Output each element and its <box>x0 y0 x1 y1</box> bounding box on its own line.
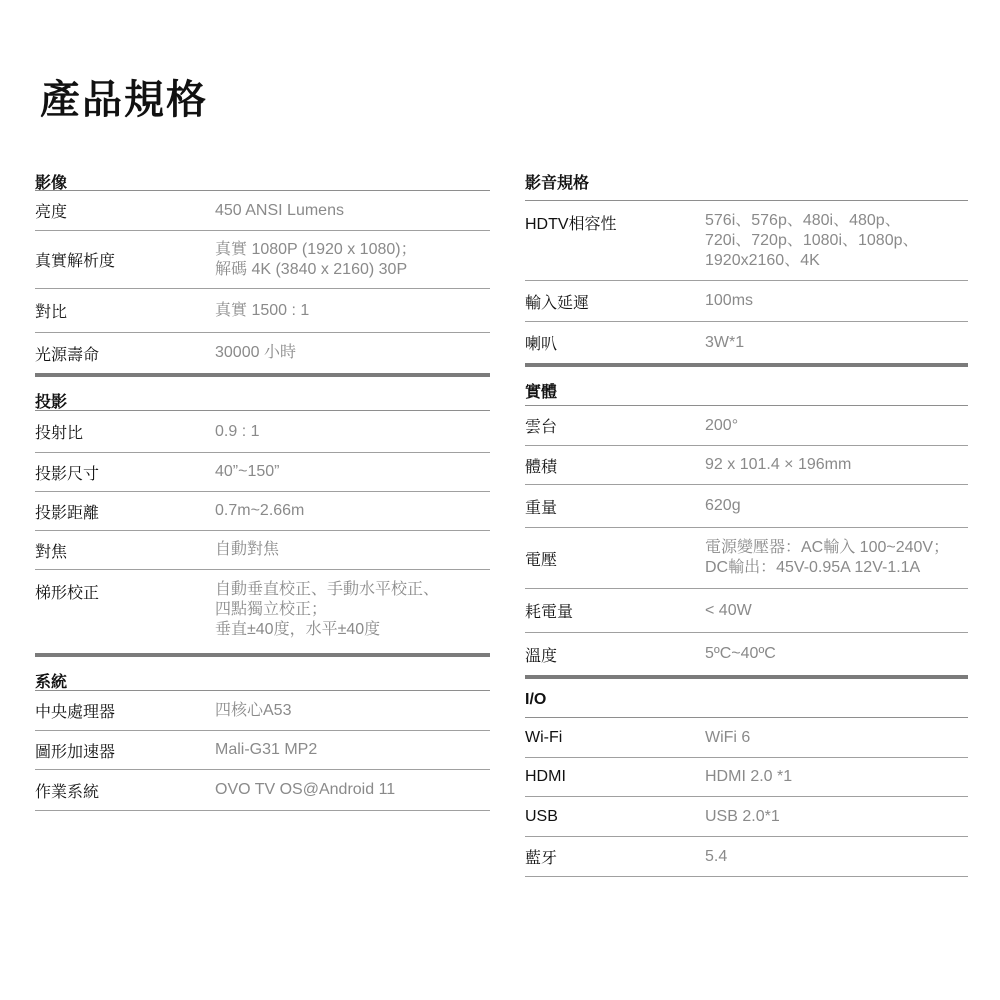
section-av: 影音規格 HDTV相容性 576i、576p、480i、480p、 720i、7… <box>525 160 968 363</box>
spec-row-keystone: 梯形校正 自動垂直校正、手動水平校正、 四點獨立校正； 垂直±40度，水平±40… <box>35 570 490 653</box>
spec-column-right: 影音規格 HDTV相容性 576i、576p、480i、480p、 720i、7… <box>525 160 968 877</box>
spec-row-usb: USB USB 2.0*1 <box>525 797 968 837</box>
spec-label: 雲台 <box>525 414 705 437</box>
spec-label: 投影尺寸 <box>35 461 215 484</box>
spec-value: 92 x 101.4 × 196mm <box>705 455 851 475</box>
spec-value: 電源變壓器：AC輸入 100~240V； DC輸出：45V-0.95A 12V-… <box>705 538 949 578</box>
section-system: 系統 中央處理器 四核心A53 圖形加速器 Mali-G31 MP2 作業系統 … <box>35 653 490 811</box>
spec-value: 200° <box>705 416 738 436</box>
spec-label: Wi-Fi <box>525 729 705 747</box>
spec-label: USB <box>525 808 705 826</box>
spec-value: USB 2.0*1 <box>705 807 780 827</box>
spec-value: Mali-G31 MP2 <box>215 740 317 760</box>
spec-value: 450 ANSI Lumens <box>215 201 344 221</box>
spec-label: 溫度 <box>525 643 705 666</box>
spec-row-weight: 重量 620g <box>525 485 968 528</box>
spec-row-input-lag: 輸入延遲 100ms <box>525 281 968 322</box>
spec-row-voltage: 電壓 電源變壓器：AC輸入 100~240V； DC輸出：45V-0.95A 1… <box>525 528 968 589</box>
spec-label: 電壓 <box>525 547 705 570</box>
spec-row-gpu: 圖形加速器 Mali-G31 MP2 <box>35 731 490 770</box>
spec-row-wifi: Wi-Fi WiFi 6 <box>525 718 968 758</box>
spec-row-throw-distance: 投影距離 0.7m~2.66m <box>35 492 490 531</box>
spec-label: 圖形加速器 <box>35 739 215 762</box>
spec-label: 體積 <box>525 454 705 477</box>
spec-value: 3W*1 <box>705 333 744 353</box>
spec-value: 30000 小時 <box>215 343 296 363</box>
spec-value: 自動對焦 <box>215 540 279 560</box>
spec-label: 梯形校正 <box>35 580 215 603</box>
spec-row-cpu: 中央處理器 四核心A53 <box>35 691 490 731</box>
spec-label: HDMI <box>525 768 705 786</box>
spec-label: 亮度 <box>35 199 215 222</box>
section-heading: 影像 <box>35 160 490 191</box>
section-heading: 影音規格 <box>525 160 968 201</box>
spec-value: 0.9 : 1 <box>215 422 259 442</box>
spec-row-bluetooth: 藍牙 5.4 <box>525 837 968 877</box>
section-physical: 實體 雲台 200° 體積 92 x 101.4 × 196mm 重量 620g… <box>525 363 968 675</box>
spec-label: 光源壽命 <box>35 342 215 365</box>
spec-label: 中央處理器 <box>35 699 215 722</box>
section-heading: 實體 <box>525 367 968 406</box>
spec-row-throw-ratio: 投射比 0.9 : 1 <box>35 411 490 453</box>
spec-row-speaker: 喇叭 3W*1 <box>525 322 968 363</box>
spec-label: 輸入延遲 <box>525 290 705 313</box>
spec-row-hdmi: HDMI HDMI 2.0 *1 <box>525 758 968 797</box>
spec-label: 藍牙 <box>525 845 705 868</box>
spec-value: 0.7m~2.66m <box>215 501 304 521</box>
spec-value: 真實 1500 : 1 <box>215 301 309 321</box>
spec-row-power: 耗電量 < 40W <box>525 589 968 633</box>
spec-column-left: 影像 亮度 450 ANSI Lumens 真實解析度 真實 1080P (19… <box>35 160 490 811</box>
spec-value: 5ºC~40ºC <box>705 644 776 664</box>
spec-label: 耗電量 <box>525 599 705 622</box>
spec-row-resolution: 真實解析度 真實 1080P (1920 x 1080)； 解碼 4K (384… <box>35 231 490 289</box>
spec-row-screen-size: 投影尺寸 40”~150” <box>35 453 490 492</box>
spec-label: 真實解析度 <box>35 248 215 271</box>
spec-value: 620g <box>705 496 741 516</box>
spec-label: 作業系統 <box>35 779 215 802</box>
section-projection: 投影 投射比 0.9 : 1 投影尺寸 40”~150” 投影距離 0.7m~2… <box>35 373 490 653</box>
spec-value: 100ms <box>705 291 753 311</box>
spec-row-contrast: 對比 真實 1500 : 1 <box>35 289 490 333</box>
spec-value: WiFi 6 <box>705 728 750 748</box>
spec-row-temperature: 溫度 5ºC~40ºC <box>525 633 968 675</box>
spec-row-lamp-life: 光源壽命 30000 小時 <box>35 333 490 373</box>
spec-row-brightness: 亮度 450 ANSI Lumens <box>35 191 490 231</box>
spec-label: 對比 <box>35 299 215 322</box>
spec-value: 四核心A53 <box>215 701 291 721</box>
page-title: 產品規格 <box>40 68 208 125</box>
spec-row-focus: 對焦 自動對焦 <box>35 531 490 570</box>
spec-label: 喇叭 <box>525 331 705 354</box>
section-io: I/O Wi-Fi WiFi 6 HDMI HDMI 2.0 *1 USB US… <box>525 675 968 877</box>
spec-label: 投射比 <box>35 420 215 443</box>
spec-label: 投影距離 <box>35 500 215 523</box>
spec-value: 40”~150” <box>215 462 280 482</box>
spec-label: 重量 <box>525 495 705 518</box>
section-heading: I/O <box>525 679 968 718</box>
section-heading: 投影 <box>35 377 490 411</box>
spec-row-dimensions: 體積 92 x 101.4 × 196mm <box>525 446 968 485</box>
spec-value: HDMI 2.0 *1 <box>705 767 792 787</box>
spec-value: OVO TV OS@Android 11 <box>215 780 395 800</box>
spec-row-hdtv: HDTV相容性 576i、576p、480i、480p、 720i、720p、1… <box>525 201 968 281</box>
section-heading: 系統 <box>35 657 490 691</box>
spec-label: HDTV相容性 <box>525 211 705 234</box>
spec-value: 5.4 <box>705 847 727 867</box>
spec-row-gimbal: 雲台 200° <box>525 406 968 446</box>
section-image: 影像 亮度 450 ANSI Lumens 真實解析度 真實 1080P (19… <box>35 160 490 373</box>
spec-value: 576i、576p、480i、480p、 720i、720p、1080i、108… <box>705 211 919 271</box>
spec-value: 真實 1080P (1920 x 1080)； 解碼 4K (3840 x 21… <box>215 240 417 280</box>
spec-row-os: 作業系統 OVO TV OS@Android 11 <box>35 770 490 811</box>
spec-label: 對焦 <box>35 539 215 562</box>
spec-value: 自動垂直校正、手動水平校正、 四點獨立校正； 垂直±40度，水平±40度 <box>215 580 439 640</box>
spec-value: < 40W <box>705 601 752 621</box>
